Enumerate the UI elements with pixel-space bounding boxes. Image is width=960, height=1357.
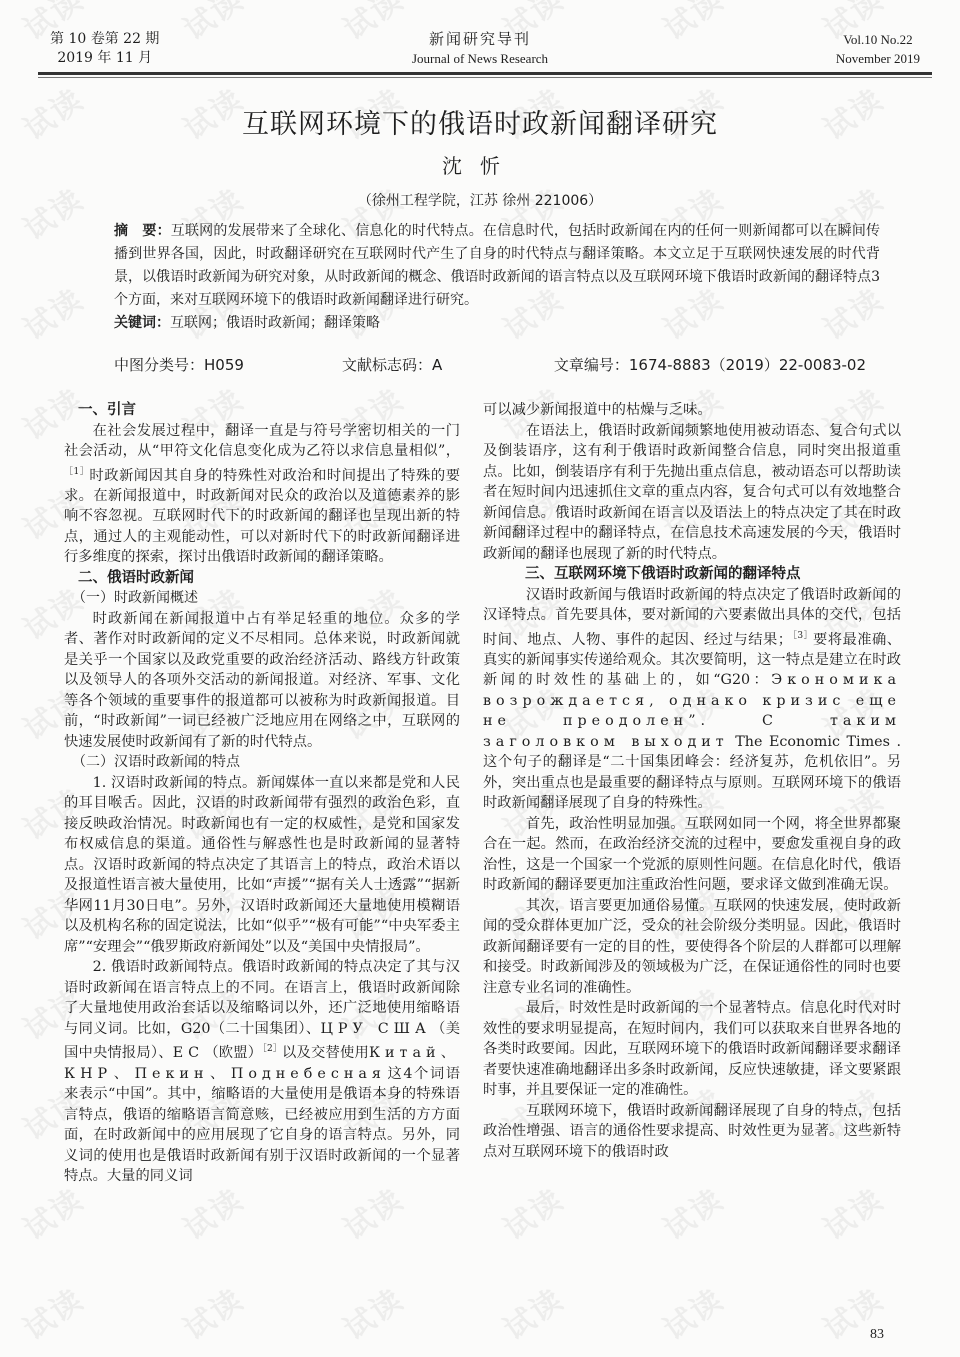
section-heading-translation-features: 三、互联网环境下俄语时政新闻的翻译特点 <box>483 564 901 585</box>
section-heading-intro: 一、引言 <box>64 400 460 421</box>
subsection-heading-overview: （一）时政新闻概述 <box>64 588 460 609</box>
header-volume-en: Vol.10 No.22 November 2019 <box>836 30 920 68</box>
journal-name-en: Journal of News Research <box>0 49 960 68</box>
classification-row: 中图分类号：H059 文献标志码：A 文章编号：1674-8883（2019）2… <box>114 354 866 375</box>
doc-code-label: 文献标志码： <box>342 356 432 374</box>
volume-en: Vol.10 No.22 <box>836 30 920 49</box>
header-journal: 新闻研究导刊 Journal of News Research <box>0 30 960 68</box>
article-no-value: 1674-8883（2019）22-0083-02 <box>629 356 866 374</box>
cyrillic-text: ЕС <box>173 1045 204 1061</box>
article-no-label: 文章编号： <box>554 356 629 374</box>
journal-page: 第 10 卷第 22 期 2019 年 11 月 新闻研究导刊 Journal … <box>0 0 960 1357</box>
header-rule <box>38 72 932 75</box>
text: 时政新闻因其自身的特殊性对政治和时间提出了特殊的要求。在新闻报道中，时政新闻对民… <box>64 467 460 565</box>
right-column: 可以减少新闻报道中的枯燥与乏味。 在语法上，俄语时政新闻频繁地使用被动语态、复合… <box>483 400 901 1162</box>
paragraph: 首先，政治性明显加强。互联网如同一个网，将全世界都聚合在一起。然而，在政治经济交… <box>483 814 901 896</box>
paragraph: 时政新闻在新闻报道中占有举足轻重的地位。众多的学者、著作对时政新闻的定义不尽相同… <box>64 609 460 753</box>
article-no-field: 文章编号：1674-8883（2019）22-0083-02 <box>512 354 866 375</box>
keywords-text: 互联网；俄语时政新闻；翻译策略 <box>170 315 380 331</box>
page-number: 83 <box>870 1327 884 1343</box>
paragraph: 汉语时政新闻与俄语时政新闻的特点决定了俄语时政新闻的汉译特点。首先要具体，要对新… <box>483 585 901 814</box>
article-title: 互联网环境下的俄语时政新闻翻译研究 <box>0 102 960 141</box>
paragraph: 最后，时效性是时政新闻的一个显著特点。信息化时代对时效性的要求明显提高，在短时间… <box>483 998 901 1101</box>
paragraph: 在社会发展过程中，翻译一直是与符号学密切相关的一门社会活动，从“甲符文化信息变化… <box>64 421 460 568</box>
abstract: 摘 要：互联网的发展带来了全球化、信息化的时代特点。在信息时代，包括时政新闻在内… <box>78 220 880 312</box>
cyrillic-text: ЦРУ США <box>320 1021 430 1037</box>
paragraph: 2. 俄语时政新闻特点。俄语时政新闻的特点决定了其与汉语时政新闻在语言特点上的不… <box>64 957 460 1186</box>
text: 在社会发展过程中，翻译一直是与符号学密切相关的一门社会活动，从“甲符文化信息变化… <box>64 423 460 460</box>
abstract-text: 互联网的发展带来了全球化、信息化的时代特点。在信息时代，包括时政新闻在内的任何一… <box>114 223 880 308</box>
text: （欧盟） <box>204 1045 262 1061</box>
citation-ref: ［3］ <box>792 631 813 641</box>
abstract-block: 摘 要：互联网的发展带来了全球化、信息化的时代特点。在信息时代，包括时政新闻在内… <box>78 220 880 335</box>
header-rule-thin <box>38 77 932 78</box>
paragraph: 其次，语言要更加通俗易懂。互联网的快速发展，使时政新闻的受众群体更加广泛，受众的… <box>483 896 901 999</box>
clc-label: 中图分类号： <box>114 356 204 374</box>
article-affiliation: （徐州工程学院，江苏 徐州 221006） <box>0 190 960 210</box>
citation-ref: ［2］ <box>262 1044 282 1054</box>
clc-value: H059 <box>204 356 244 374</box>
date-en: November 2019 <box>836 49 920 68</box>
article-author: 沈忻 <box>0 150 960 179</box>
keywords-label: 关键词： <box>114 315 170 331</box>
paragraph: 互联网环境下，俄语时政新闻翻译展现了自身的特点，包括政治性增强、语言的通俗性要求… <box>483 1101 901 1163</box>
text: 以及交替使用 <box>282 1045 369 1061</box>
text: 这4个词语来表示“中国”。其中，缩略语的大量使用是俄语本身的特殊语言特点，俄语的… <box>64 1066 460 1185</box>
subsection-heading-chinese-features: （二）汉语时政新闻的特点 <box>64 752 460 773</box>
paragraph: 在语法上，俄语时政新闻频繁地使用被动语态、复合句式以及倒装语序，这有利于俄语时政… <box>483 421 901 565</box>
section-heading-russian-news: 二、俄语时政新闻 <box>64 568 460 589</box>
doc-code-field: 文献标志码：A <box>342 354 512 375</box>
paragraph: 可以减少新闻报道中的枯燥与乏味。 <box>483 400 901 421</box>
doc-code-value: A <box>432 356 442 374</box>
left-column: 一、引言 在社会发展过程中，翻译一直是与符号学密切相关的一门社会活动，从“甲符文… <box>64 400 460 1187</box>
clc-field: 中图分类号：H059 <box>114 354 342 375</box>
keywords: 关键词：互联网；俄语时政新闻；翻译策略 <box>78 312 880 335</box>
paragraph: 1. 汉语时政新闻的特点。新闻媒体一直以来都是党和人民的耳目喉舌。因此，汉语的时… <box>64 773 460 958</box>
abstract-label: 摘 要： <box>114 223 171 239</box>
journal-name-cn: 新闻研究导刊 <box>0 30 960 49</box>
citation-ref: ［1］ <box>64 467 89 477</box>
